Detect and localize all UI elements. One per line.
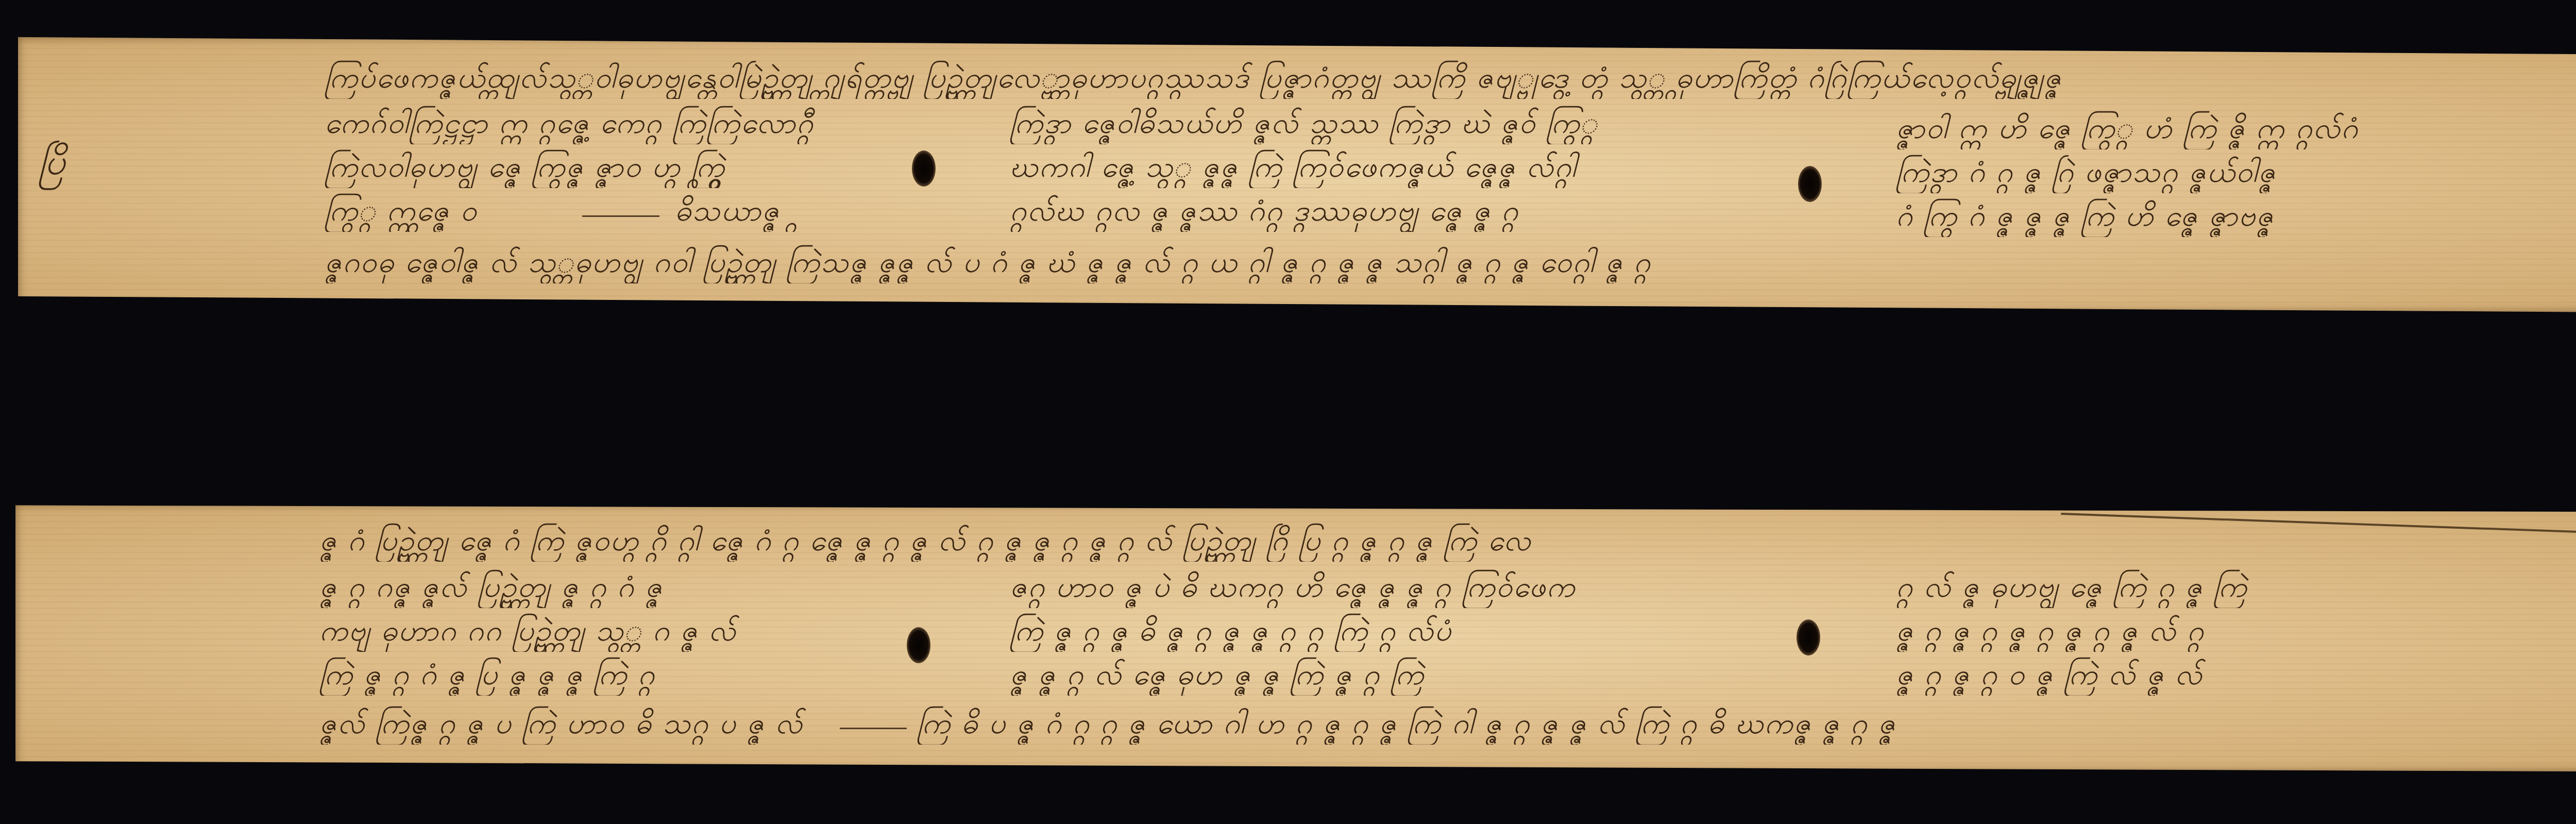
manuscript-line: ဇ္ဇ ဂ္ဂ ဇ္ဇ ဂ္ဂ ဇ္ဇ ဂ္ဂ ဇ္ဇ ဂ္ဂ ဇ္ဇ လ် ဂ…: [1896, 611, 2463, 652]
manuscript-line: ကြဲလဝါဓုဟဗျွ ဇ္ဇေ ကြွဇ္ဇ ဇ္ဇာဝ ဟ္ဂ္ဂ္ဂ က…: [325, 147, 881, 188]
manuscript-line: ဓိသယာဇ္ဇ္ဂ: [675, 191, 881, 232]
manuscript-line: ဇ္ဇလ် ကြဲဇ္ဇ ဂ္ဂ ဇ္ဇ ပ ကြဲ ဟာဝ ဓိ သဂ္ဂ ပ…: [319, 703, 835, 745]
manuscript-line: ကြဲ ဇ္ဇ ဂ္ဂ ဇ္ဇ ဓိ ဇ္ဇ ဂ္ဂ ဇ္ဇ ဇ္ဇ ဂ္ဂ ဂ…: [1010, 611, 1757, 652]
manuscript-line: ကြဲဒွာ ဂံ ဂ္ဂ ဇ္ဇ ဂြဲ ဖဇ္ဇာသဂ္ဂ ဇ္ဇယ်ဝါဇ…: [1896, 152, 2458, 193]
folio-marker: ပြိ: [39, 139, 65, 192]
binding-hole: [912, 150, 936, 187]
manuscript-line: ကြဲ ဓိ ပ ဇ္ဇ ဂံ ဂ္ဂ ဂ္ဂ ဇ္ဇ ယော ဂါ ဟ ဂ္ဂ…: [917, 703, 2463, 745]
manuscript-line: ဇ္ဇ ဇ္ဇ ဂ္ဂ လ် ဇ္ဇေ ဓုဟ ဇ္ဇ ဇ္ဇ ကြဲ ဇ္ဇ …: [1010, 654, 1757, 696]
manuscript-line: ဇ္ဇ ဂ္ဂ ဇ္ဇ ဂ္ဂ ဝ ဇ္ဇ ကြဲ လ် ဇ္ဇ လ်: [1896, 654, 2463, 696]
binding-hole: [907, 627, 930, 663]
binding-hole: [1798, 166, 1822, 202]
manuscript-line: ဇ္ဇာဝါ ဣ ဟိ ဇ္ဇေ ကြွ္ဂ ဟံ ကြဲ ဇ္ဇိ ဣ ဂ္ဂ…: [1896, 108, 2458, 149]
manuscript-line: ဇဂ္ဂ ဟာဝ ဇ္ဇ ပဲ ဓိ ဃကဂ္ဂ ဟိ ဇ္ဇေ ဇ္ဇ ဇ္ဇ…: [1010, 567, 1757, 608]
manuscript-line: ကြဲဒွာ ဇ္ဇေဝါဓိသယ်ဟိ ဇ္ဇလ် သ္တဿ ကြဲဒွာ ဃ…: [1010, 103, 1757, 144]
binding-hole: [1797, 619, 1820, 655]
manuscript-line: ဂ္ဂ လ် ဇ္ဇ ဓုဟဗျွ ဇ္ဇေ ကြဲ ဂ္ဂ ဇ္ဇ ကြဲ: [1896, 567, 2463, 608]
manuscript-line: ကြဲ ဇ္ဇ ဂ္ဂ ဂံ ဇ္ဇ ပြ ဇ္ဇ ဇ္ဇ ဇ္ဇ ကြဲ ဂ္…: [319, 654, 876, 696]
manuscript-line: ကြွ္ဂ ဣ္ဂဇ္ဇေ ဝ: [325, 191, 572, 232]
manuscript-line: ဇ္ဇ ဂံ ပြဥ္ဗဲတ္ကျ ဇ္ဇေ ဂံ ကြဲ ဇ္ဇဝဟ္ဂ္ဂ …: [319, 520, 2463, 562]
manuscript-line: ဂ္ဂလ်ဃ ဂ္ဂလ ဇ္ဇ ဇ္ဇဿ ဂံဂ္ဂ ဒ္ဂဿဓုဟဗျွ ဇ္…: [1010, 191, 1757, 232]
manuscript-line: ဃကဂါ ဇ္ဇေ့ သွ္ဂ ဇ္ဇဇ္ဇ ကြဲ ကြဝ်ဖေကဇ္ဇယ် …: [1010, 147, 1757, 188]
manuscript-line: ဂံ ကြွ ဂံ ဇ္ဇ ဇ္ဇ ဇ္ဇ ကြဲ ဟိ ဇ္ဇေ ဇ္ဇာဗဇ…: [1896, 196, 2458, 237]
manuscript-line: ဇ္ဇ ဂ္ဂ ဂဇ္ဇ ဇ္ဇလ် ပြဥ္ဗဲတ္ကျ ဇ္ဇ ဂ္ဂ ဂံ…: [319, 567, 876, 608]
line-filler-stroke: [582, 215, 659, 217]
manuscript-line: ဇ္ဇဂဝဓု ဇ္ဇေဝါဇ္ဇ လ် သွ္တဓုဟဗျွ ဂဝါ ပြဥ္…: [325, 242, 2458, 283]
manuscript-line: ကြပ်ဖေကဇ္ဇယ်ထ္ကျလ်သွ္တဝါဓုဟဗျွန္တေဝါမြဲဥ…: [325, 58, 2458, 99]
manuscript-line: ကဗျ ဓုဟာဂ ဂဂ ပြဥ္ဗဲတ္ကျ သွ္တ ဂ ဇ္ဇ လ်: [319, 611, 876, 652]
line-separator-stroke: [840, 728, 907, 729]
manuscript-line: ကေဂ်ဝါကြဲဋ္ဌဋ္ဌာ ဣ ဂ္ဂဇ္ဇေ့ ကေဂ္ဂ ကြဲကြဲ…: [325, 103, 881, 144]
